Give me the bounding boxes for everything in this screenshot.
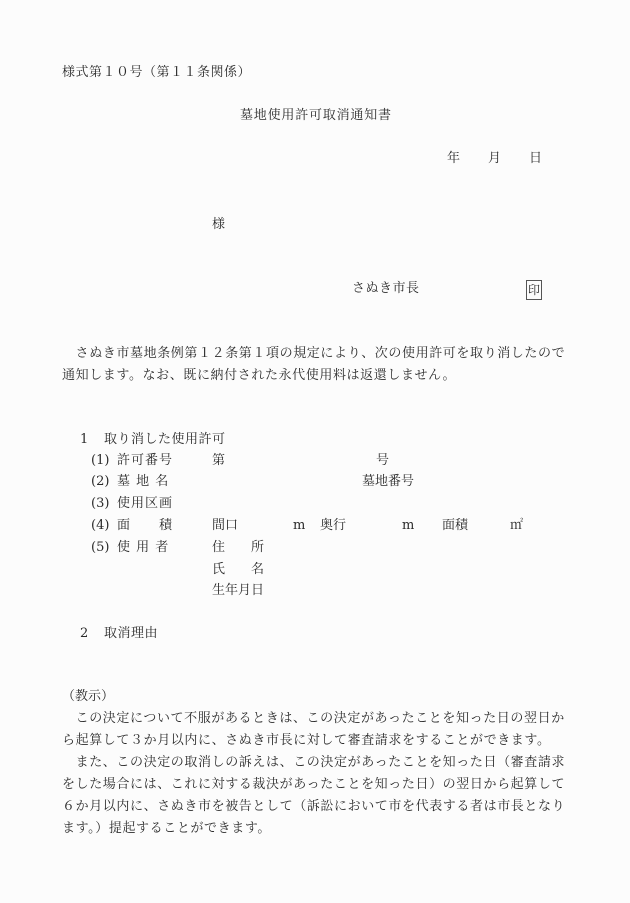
section2-number: 2: [80, 626, 88, 642]
user-address-label: 住 所: [212, 540, 264, 556]
issuer-name: さぬき市長: [352, 281, 420, 297]
depth-label: 奥行: [320, 518, 346, 534]
document-title: 墓地使用許可取消通知書: [240, 108, 392, 124]
item-label-user: 使 用 者: [117, 540, 169, 556]
area-unit: ㎡: [510, 518, 523, 534]
item-label-area: 面 積: [117, 518, 173, 534]
item-label-usage-section: 使用区画: [117, 496, 173, 512]
date-year-label: 年: [447, 151, 460, 167]
addressee-suffix: 様: [212, 217, 225, 233]
item-num: (3): [91, 496, 109, 512]
frontage-unit: m: [293, 518, 305, 534]
item-label-permit-number: 許可番号: [117, 453, 173, 469]
item-num: (1): [91, 453, 109, 469]
frontage-label: 間口: [212, 518, 238, 534]
area-label: 面積: [442, 518, 468, 534]
intro-paragraph: さぬき市墓地条例第１２条第１項の規定により、次の使用許可を取り消したので 通知し…: [62, 343, 572, 387]
notice-paragraph: この決定について不服があるときは、この決定があったことを知った日の翌日か ら起算…: [62, 708, 572, 840]
intro-line: さぬき市墓地条例第１２条第１項の規定により、次の使用許可を取り消したので: [62, 343, 572, 365]
seal-stamp-box: 印: [526, 280, 542, 300]
permit-number-prefix: 第: [212, 453, 225, 469]
date-month-label: 月: [488, 151, 501, 167]
form-number: 様式第１０号（第１１条関係）: [62, 65, 251, 81]
item-num: (4): [91, 518, 109, 534]
notice-line: この決定について不服があるときは、この決定があったことを知った日の翌日か: [62, 708, 572, 730]
section1-heading: 取り消した使用許可: [104, 432, 226, 448]
section2-heading: 取消理由: [104, 626, 158, 642]
notice-line: また、この決定の取消しの訴えは、この決定があったことを知った日（審査請求: [62, 752, 572, 774]
user-birthdate-label: 生年月日: [212, 583, 264, 599]
notice-line: ６か月以内に、さぬき市を被告として（訴訟において市を代表する者は市長となり: [62, 796, 572, 818]
permit-number-suffix: 号: [376, 453, 389, 469]
item-num: (2): [91, 474, 109, 490]
notice-line: ます。）提起することができます。: [62, 818, 572, 840]
date-day-label: 日: [529, 151, 542, 167]
item-num: (5): [91, 540, 109, 556]
intro-line: 通知します。なお、既に納付された永代使用料は返還しません。: [62, 365, 572, 387]
user-name-label: 氏 名: [212, 562, 264, 578]
depth-unit: m: [402, 518, 414, 534]
notice-line: をした場合には、これに対する裁決があったことを知った日）の翌日から起算して: [62, 774, 572, 796]
notice-heading: （教示）: [62, 689, 114, 705]
cemetery-lot-number-label: 墓地番号: [362, 474, 414, 490]
item-label-cemetery-name: 墓 地 名: [117, 474, 169, 490]
section1-number: 1: [80, 432, 88, 448]
notice-line: ら起算して３か月以内に、さぬき市長に対して審査請求をすることができます。: [62, 730, 572, 752]
